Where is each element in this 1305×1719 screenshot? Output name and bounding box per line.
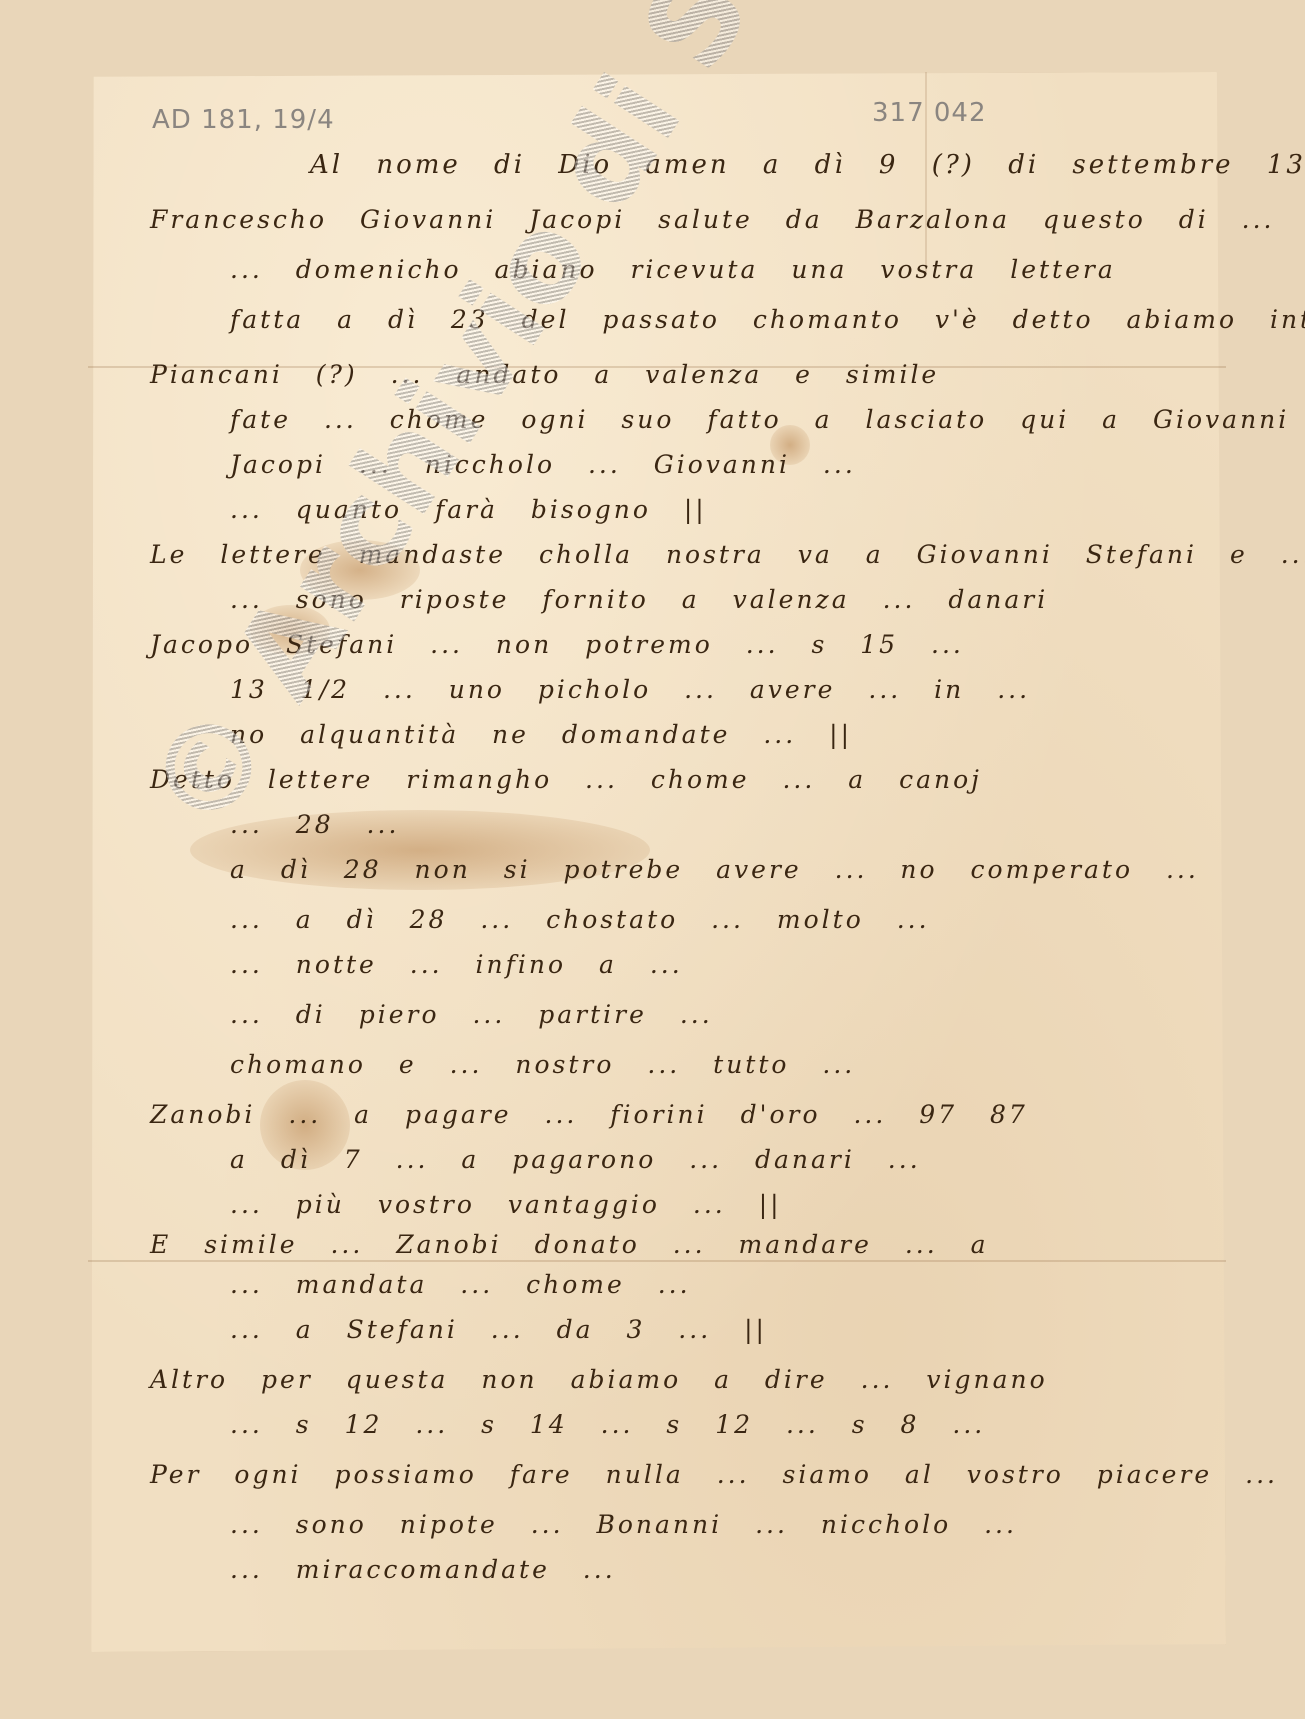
letter-line: ... miraccomandate ... [230, 1555, 616, 1584]
letter-line: a dì 28 non si potrebe avere ... no comp… [230, 855, 1199, 884]
letter-line: ... domenicho abiano ricevuta una vostra… [230, 255, 1116, 284]
letter-line: E simile ... Zanobi donato ... mandare .… [150, 1230, 989, 1259]
fold-line [88, 1260, 1226, 1262]
shelfmark: AD 181, 19/4 [152, 105, 335, 135]
letter-line: chomano e ... nostro ... tutto ... [230, 1050, 855, 1079]
letter-line: Francescho Giovanni Jacopi salute da Bar… [150, 205, 1274, 234]
letter-line: ... di piero ... partire ... [230, 1000, 713, 1029]
letter-line: Per ogni possiamo fare nulla ... siamo a… [150, 1460, 1278, 1489]
letter-line: ... a Stefani ... da 3 ... || [230, 1315, 767, 1344]
letter-line: ... mandata ... chome ... [230, 1270, 691, 1299]
letter-line: fatta a dì 23 del passato chomanto v'è d… [230, 305, 1305, 334]
letter-line: ... più vostro vantaggio ... || [230, 1190, 782, 1219]
invocation-line: Al nome di Dio amen a dì 9 (?) di settem… [310, 150, 1305, 180]
letter-line: no alquantità ne domandate ... || [230, 720, 852, 749]
letter-line: Zanobi ... a pagare ... fiorini d'oro ..… [150, 1100, 1028, 1129]
letter-line: ... sono nipote ... Bonanni ... niccholo… [230, 1510, 1017, 1539]
letter-line: ... s 12 ... s 14 ... s 12 ... s 8 ... [230, 1410, 985, 1439]
letter-line: a dì 7 ... a pagarono ... danari ... [230, 1145, 921, 1174]
letter-line: 13 1/2 ... uno picholo ... avere ... in … [230, 675, 1030, 704]
letter-line: ... notte ... infino a ... [230, 950, 683, 979]
archive-number: 317 042 [872, 98, 987, 128]
letter-line: Altro per questa non abiamo a dire ... v… [150, 1365, 1048, 1394]
letter-line: ... a dì 28 ... chostato ... molto ... [230, 905, 930, 934]
